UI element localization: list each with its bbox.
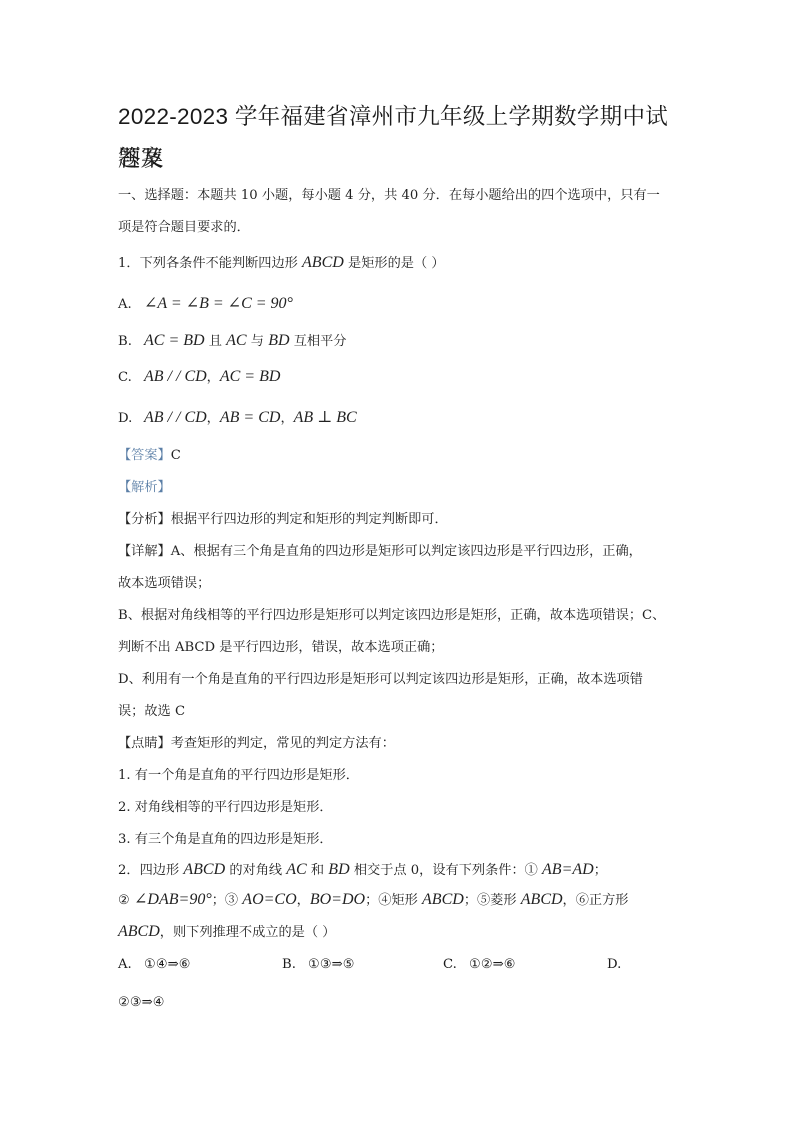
q2-text: ；⑤菱形 bbox=[464, 893, 521, 908]
q2-text: ；④矩形 bbox=[365, 893, 422, 908]
option-text: ， bbox=[207, 370, 220, 385]
q2-text: ，⑥正方形 bbox=[563, 893, 629, 908]
q1-stem-suffix: 是矩形的是（ ） bbox=[344, 256, 445, 271]
q2-option-d: D. bbox=[607, 955, 633, 975]
answer-value: C bbox=[171, 448, 181, 463]
q1-answer: 【答案】C bbox=[118, 446, 181, 466]
q1-option-c: C.AB / / CD，AC = BD bbox=[118, 367, 280, 388]
q2-option-b: B.①③⇒⑤ bbox=[282, 955, 355, 975]
q2-text: ② bbox=[118, 893, 134, 908]
q1-stem-math: ABCD bbox=[302, 254, 344, 271]
option-math: AB / / CD bbox=[144, 409, 207, 426]
q2-text: 相交于点 0，设有下列条件：① bbox=[350, 863, 542, 878]
q2-math: ABCD bbox=[422, 891, 464, 908]
option-label: B. bbox=[118, 332, 144, 352]
option-text: ①③⇒⑤ bbox=[308, 957, 355, 972]
q2-math: ABCD bbox=[183, 861, 225, 878]
q1-option-a: A.∠A = ∠B = ∠C = 90° bbox=[118, 294, 293, 315]
option-text: 互相平分 bbox=[290, 334, 347, 349]
option-math: AB ⊥ BC bbox=[294, 409, 357, 426]
fenxi-label: 【分析】 bbox=[118, 512, 171, 527]
q1-stem-text: 1．下列各条件不能判断四边形 bbox=[118, 256, 302, 271]
q1-xiangjie-line2: 故本选项错误； bbox=[118, 574, 210, 594]
option-math: BD bbox=[268, 332, 289, 349]
q2-math: ABCD bbox=[118, 923, 160, 940]
q2-text: 2．四边形 bbox=[118, 863, 183, 878]
q2-math: AC bbox=[286, 861, 306, 878]
option-math: ∠A = ∠B = ∠C = 90° bbox=[144, 295, 293, 312]
q1-xiangjie-line5: D、利用有一个角是直角的平行四边形是矩形可以判定该四边形是矩形，正确，故本选项错 bbox=[118, 670, 643, 690]
xiangjie-label: 【详解】 bbox=[118, 544, 171, 559]
option-text: ， bbox=[207, 411, 220, 426]
q2-math: ABCD bbox=[521, 891, 563, 908]
q2-math: ∠DAB=90° bbox=[134, 891, 212, 908]
option-label: D. bbox=[118, 409, 144, 429]
section-instructions-line1: 一、选择题：本题共 10 小题，每小题 4 分，共 40 分．在每小题给出的四个… bbox=[118, 186, 660, 206]
q2-math: AO=CO bbox=[242, 891, 296, 908]
q2-text: ，则下列推理不成立的是（ ） bbox=[160, 925, 336, 940]
q2-stem-line2: ② ∠DAB=90°；③ AO=CO，BO=DO；④矩形 ABCD；⑤菱形 AB… bbox=[118, 890, 628, 911]
option-label: D. bbox=[607, 955, 633, 975]
q2-math: AB=AD bbox=[542, 861, 594, 878]
q1-method-3: 3. 有三个角是直角的四边形是矩形． bbox=[118, 830, 333, 850]
q1-xiangjie-line3: B、根据对角线相等的平行四边形是矩形可以判定该四边形是矩形，正确，故本选项错误；… bbox=[118, 606, 665, 626]
q2-text: 和 bbox=[307, 863, 329, 878]
q2-text: 的对角线 bbox=[225, 863, 286, 878]
option-math: AC = BD bbox=[220, 368, 281, 385]
q1-xiangjie-line1: 【详解】A、根据有三个角是直角的四边形是矩形可以判定该四边形是平行四边形，正确， bbox=[118, 542, 642, 562]
option-math: AC bbox=[226, 332, 246, 349]
q2-text: ， bbox=[297, 893, 310, 908]
q1-fenxi: 【分析】根据平行四边形的判定和矩形的判定判断即可． bbox=[118, 510, 448, 530]
option-label: C. bbox=[443, 955, 469, 975]
option-label: A. bbox=[118, 955, 144, 975]
q1-method-1: 1. 有一个角是直角的平行四边形是矩形． bbox=[118, 766, 359, 786]
q2-text: ； bbox=[594, 863, 607, 878]
dianjing-label: 【点睛】 bbox=[118, 736, 171, 751]
section-instructions-line2: 项是符合题目要求的． bbox=[118, 218, 250, 238]
q2-text: ；③ bbox=[212, 893, 243, 908]
q1-analysis-heading: 【解析】 bbox=[118, 478, 171, 498]
document-page: 2022-2023 学年福建省漳州市九年级上学期数学期中试题及 答案 一、选择题… bbox=[0, 0, 793, 1122]
option-text: 且 bbox=[205, 334, 227, 349]
q2-option-d-text: ②③⇒④ bbox=[118, 993, 165, 1013]
q1-xiangjie-line6: 误；故选 C bbox=[118, 702, 185, 722]
option-math: AB = CD bbox=[220, 409, 281, 426]
analysis-label: 【解析】 bbox=[118, 480, 171, 495]
option-text: ， bbox=[280, 411, 293, 426]
doc-title-line2: 答案 bbox=[118, 138, 688, 180]
fenxi-text: 根据平行四边形的判定和矩形的判定判断即可． bbox=[171, 512, 448, 527]
q2-option-c: C.①②⇒⑥ bbox=[443, 955, 516, 975]
dianjing-text: 考查矩形的判定，常见的判定方法有： bbox=[171, 736, 395, 751]
xiangjie-text: A、根据有三个角是直角的四边形是矩形可以判定该四边形是平行四边形，正确， bbox=[171, 544, 642, 559]
q1-dianjing: 【点睛】考查矩形的判定，常见的判定方法有： bbox=[118, 734, 395, 754]
option-text: ①②⇒⑥ bbox=[469, 957, 516, 972]
option-text: 与 bbox=[247, 334, 269, 349]
option-text: ①④⇒⑥ bbox=[144, 957, 191, 972]
q2-option-a: A.①④⇒⑥ bbox=[118, 955, 191, 975]
q2-math: BO=DO bbox=[310, 891, 365, 908]
q2-stem-line3: ABCD，则下列推理不成立的是（ ） bbox=[118, 922, 335, 943]
option-label: C. bbox=[118, 368, 144, 388]
option-label: A. bbox=[118, 295, 144, 315]
option-label: B. bbox=[282, 955, 308, 975]
q2-stem-line1: 2．四边形 ABCD 的对角线 AC 和 BD 相交于点 0，设有下列条件：① … bbox=[118, 860, 607, 881]
q1-method-2: 2. 对角线相等的平行四边形是矩形． bbox=[118, 798, 333, 818]
q1-option-b: B.AC = BD 且 AC 与 BD 互相平分 bbox=[118, 331, 346, 352]
q1-stem: 1．下列各条件不能判断四边形 ABCD 是矩形的是（ ） bbox=[118, 253, 445, 274]
answer-label: 【答案】 bbox=[118, 448, 171, 463]
option-math: AC = BD bbox=[144, 332, 205, 349]
q1-xiangjie-line4: 判断不出 ABCD 是平行四边形，错误，故本选项正确； bbox=[118, 638, 443, 658]
q1-option-d: D.AB / / CD，AB = CD，AB ⊥ BC bbox=[118, 408, 357, 429]
option-math: AB / / CD bbox=[144, 368, 207, 385]
q2-math: BD bbox=[328, 861, 349, 878]
